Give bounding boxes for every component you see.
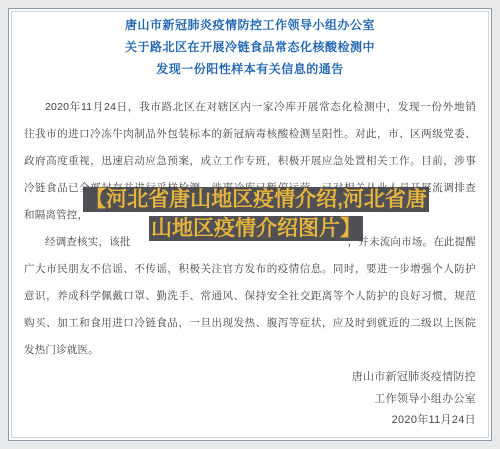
body-line: 发热门诊就医。 [24, 337, 476, 364]
notice-document-inner: 唐山市新冠肺炎疫情防控工作领导小组办公室关于路北区在开展冷链食品常态化核酸检测中… [11, 11, 489, 438]
body-line: 广大市民朋友不信谣、不传谣，积极关注官方发布的疫情信息。同时，要进一步增强个人防… [24, 256, 476, 283]
title-line: 唐山市新冠肺炎疫情防控工作领导小组办公室 [12, 14, 488, 36]
body-line: 购买、加工和食用进口冷链食品，一旦出现发热、腹泻等症状，应及时到就近的二级以上医… [24, 310, 476, 337]
body-line: 意识，养成科学佩戴口罩、勤洗手、常通风、保持安全社交距离等个人防护的良好习惯，规… [24, 283, 476, 310]
body-line: 冷链食品已全部封存并进行采样检测，涉事冷库已暂停运营。已对相关从业人员开展流调排… [24, 175, 476, 202]
notice-title: 唐山市新冠肺炎疫情防控工作领导小组办公室关于路北区在开展冷链食品常态化核酸检测中… [12, 12, 488, 80]
notice-signature: 唐山市新冠肺炎疫情防控工作领导小组办公室2020年11月24日 [24, 367, 476, 432]
title-line: 发现一份阳性样本有关信息的通告 [12, 58, 488, 80]
signature-line: 工作领导小组办公室 [24, 389, 476, 411]
signature-line: 唐山市新冠肺炎疫情防控 [24, 367, 476, 389]
body-line: 政府高度重视，迅速启动应急预案，成立工作专班，积极开展应急处置相关工作。目前，涉… [24, 148, 476, 175]
notice-document: 唐山市新冠肺炎疫情防控工作领导小组办公室关于路北区在开展冷链食品常态化核酸检测中… [8, 8, 492, 441]
body-line: 往我市的进口冷冻牛肉制品外包装标本的新冠病毒核酸检测呈阳性。对此，市、区两级党委… [24, 121, 476, 148]
title-line: 关于路北区在开展冷链食品常态化核酸检测中 [12, 36, 488, 58]
body-line: 和隔离管控， [24, 202, 476, 229]
body-line: 2020年11月24日，我市路北区在对辖区内一家冷库开展常态化检测中，发现一份外… [24, 94, 476, 121]
signature-line: 2020年11月24日 [24, 410, 476, 432]
notice-body: 2020年11月24日，我市路北区在对辖区内一家冷库开展常态化检测中，发现一份外… [24, 94, 476, 364]
body-line-fragment-left: 经调查核实，该批 [24, 229, 131, 256]
body-line: 经调查核实，该批，并未流向市场。在此提醒 [24, 229, 476, 256]
article-image: { "page": { "background_color": "#e8e9eb… [0, 0, 500, 449]
body-line-fragment-right: ，并未流向市场。在此提醒 [348, 229, 476, 256]
